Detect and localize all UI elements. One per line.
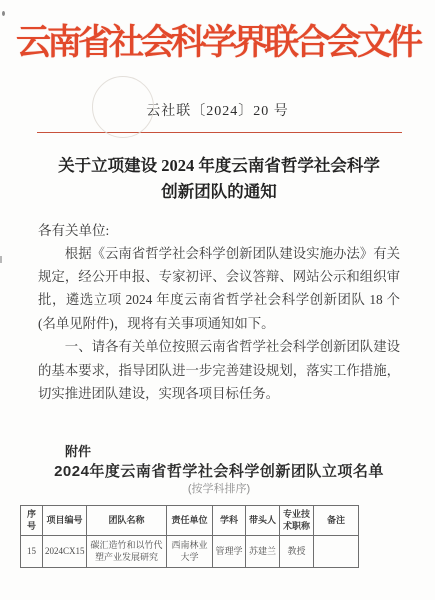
body-paragraph-1: 根据《云南省哲学社会科学创新团队建设实施办法》有关规定，经公开申报、专家初评、会… bbox=[38, 242, 400, 336]
col-header-team-name: 团队名称 bbox=[87, 506, 167, 535]
col-header-project-code: 项目编号 bbox=[43, 506, 87, 535]
body-paragraph-2: 一、请各有关单位按照云南省哲学社会科学创新团队建设的基本要求，指导团队进一步完善… bbox=[38, 335, 400, 405]
col-header-index: 序号 bbox=[21, 506, 43, 535]
attachment-subtitle: (按学科排序) bbox=[38, 482, 400, 497]
cell-project-code: 2024CX15 bbox=[43, 535, 87, 567]
cell-responsible-unit: 西南林业大学 bbox=[167, 535, 213, 567]
col-header-discipline: 学科 bbox=[213, 506, 246, 535]
col-header-professional-title: 专业技术职称 bbox=[280, 506, 314, 535]
notice-title-line-1: 关于立项建设 2024 年度云南省哲学社会科学 bbox=[38, 153, 400, 179]
cell-discipline: 管理学 bbox=[213, 535, 246, 567]
cell-leader: 苏建兰 bbox=[246, 535, 280, 567]
cell-remarks bbox=[314, 535, 359, 567]
roster-header-row: 序号 项目编号 团队名称 责任单位 学科 带头人 专业技术职称 备注 bbox=[21, 506, 359, 535]
document-number: 云社联〔2024〕20 号 bbox=[0, 100, 435, 120]
attachment-title: 2024年度云南省哲学社会科学创新团队立项名单 bbox=[38, 462, 400, 482]
cell-team-name: 碳汇造竹和以竹代塑产业发展研究 bbox=[87, 535, 167, 567]
scan-speck bbox=[2, 11, 5, 16]
table-row: 15 2024CX15 碳汇造竹和以竹代塑产业发展研究 西南林业大学 管理学 苏… bbox=[21, 535, 359, 567]
notice-title: 关于立项建设 2024 年度云南省哲学社会科学 创新团队的通知 bbox=[38, 153, 400, 205]
scan-speck bbox=[0, 256, 2, 263]
official-document-page: 云南省社会科学界联合会文件 云社联〔2024〕20 号 关于立项建设 2024 … bbox=[0, 0, 435, 600]
col-header-remarks: 备注 bbox=[314, 506, 359, 535]
cell-index: 15 bbox=[21, 535, 43, 567]
col-header-leader: 带头人 bbox=[246, 506, 280, 535]
notice-title-line-2: 创新团队的通知 bbox=[38, 179, 400, 205]
attachment-label: 附件 bbox=[65, 441, 400, 460]
col-header-responsible-unit: 责任单位 bbox=[167, 506, 213, 535]
cell-professional-title: 教授 bbox=[280, 535, 314, 567]
letterhead-org-title: 云南省社会科学界联合会文件 bbox=[0, 20, 435, 66]
roster-table: 序号 项目编号 团队名称 责任单位 学科 带头人 专业技术职称 备注 15 20… bbox=[20, 505, 359, 567]
red-divider bbox=[37, 132, 402, 133]
salutation: 各有关单位: bbox=[38, 219, 400, 242]
